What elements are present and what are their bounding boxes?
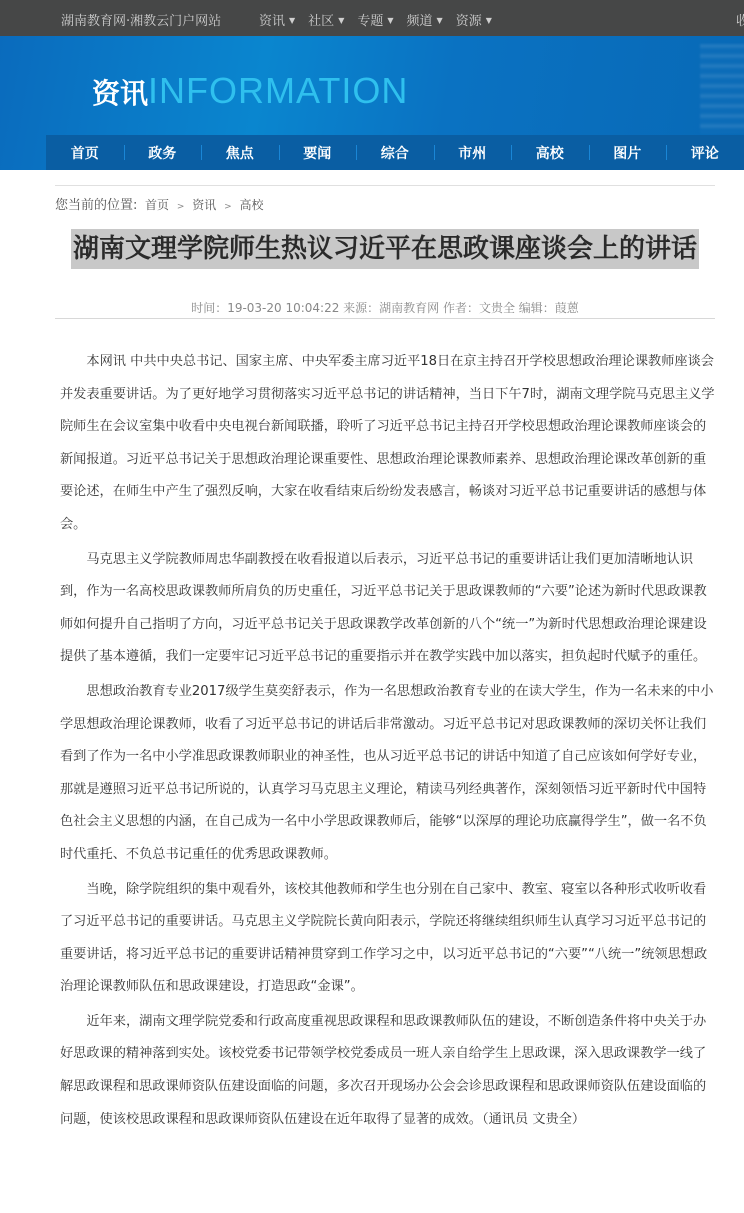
caret-down-icon: ▼ [289, 16, 295, 25]
breadcrumb-label: 您当前的位置: [55, 198, 137, 213]
top-menu-topics[interactable]: 专题▼ [357, 10, 393, 29]
top-menu: 资讯▼ 社区▼ 专题▼ 频道▼ 资源▼ [259, 10, 505, 29]
site-name-link[interactable]: 湖南教育网·湘教云门户网站 [61, 10, 221, 29]
top-menu-channels[interactable]: 频道▼ [407, 10, 443, 29]
top-menu-news[interactable]: 资讯▼ [259, 10, 295, 29]
article-title-wrap: 湖南文理学院师生热议习近平在思政课座谈会上的讲话 [0, 229, 744, 269]
logo-en: INFORMATION [148, 70, 408, 111]
breadcrumb-separator: > [224, 202, 232, 212]
divider [55, 185, 715, 186]
menu-label: 资源 [456, 14, 482, 29]
article-paragraph: 马克思主义学院教师周忠华副教授在收看报道以后表示，习近平总书记的重要讲话让我们更… [60, 544, 715, 674]
caret-down-icon: ▼ [437, 16, 443, 25]
nav-government[interactable]: 政务 [124, 143, 202, 163]
top-menu-community[interactable]: 社区▼ [308, 10, 344, 29]
nav-general[interactable]: 综合 [356, 143, 434, 163]
menu-label: 频道 [407, 14, 433, 29]
nav-comments[interactable]: 评论 [666, 143, 744, 163]
nav-pictures[interactable]: 图片 [589, 143, 667, 163]
menu-label: 专题 [357, 14, 383, 29]
caret-down-icon: ▼ [338, 16, 344, 25]
article-paragraph: 近年来，湖南文理学院党委和行政高度重视思政课程和思政课教师队伍的建设，不断创造条… [60, 1006, 715, 1136]
top-bar: 湖南教育网·湘教云门户网站 资讯▼ 社区▼ 专题▼ 频道▼ 资源▼ 收 [0, 0, 744, 36]
caret-down-icon: ▼ [486, 16, 492, 25]
menu-label: 社区 [308, 14, 334, 29]
article-paragraph: 思想政治教育专业2017级学生莫奕舒表示，作为一名思想政治教育专业的在读大学生，… [60, 676, 715, 872]
caret-down-icon: ▼ [387, 16, 393, 25]
breadcrumb-universities[interactable]: 高校 [239, 198, 263, 212]
section-logo: 资讯INFORMATION [92, 70, 408, 112]
nav-focus[interactable]: 焦点 [201, 143, 279, 163]
breadcrumb-news[interactable]: 资讯 [192, 198, 216, 212]
banner-decoration [700, 44, 744, 134]
divider [55, 318, 715, 319]
nav-cities[interactable]: 市州 [434, 143, 512, 163]
article-body: 本网讯 中共中央总书记、国家主席、中央军委主席习近平18日在京主持召开学校思想政… [60, 346, 715, 1136]
article-paragraph: 当晚，除学院组织的集中观看外，该校其他教师和学生也分别在自己家中、教室、寝室以各… [60, 874, 715, 1004]
top-menu-resources[interactable]: 资源▼ [456, 10, 492, 29]
article-title: 湖南文理学院师生热议习近平在思政课座谈会上的讲话 [71, 229, 699, 269]
article-meta: 时间：19-03-20 10:04:22 来源：湖南教育网 作者：文贵全 编辑：… [0, 299, 744, 316]
nav-home[interactable]: 首页 [46, 143, 124, 163]
main-nav: 首页 政务 焦点 要闻 综合 市州 高校 图片 评论 [46, 135, 744, 170]
breadcrumb: 您当前的位置: 首页 > 资讯 > 高校 [55, 194, 263, 213]
breadcrumb-separator: > [177, 202, 185, 212]
top-right-link[interactable]: 收 [736, 10, 744, 29]
logo-cn: 资讯 [92, 77, 148, 110]
menu-label: 资讯 [259, 14, 285, 29]
article-paragraph: 本网讯 中共中央总书记、国家主席、中央军委主席习近平18日在京主持召开学校思想政… [60, 346, 715, 542]
nav-headlines[interactable]: 要闻 [279, 143, 357, 163]
breadcrumb-home[interactable]: 首页 [145, 198, 169, 212]
nav-universities[interactable]: 高校 [511, 143, 589, 163]
